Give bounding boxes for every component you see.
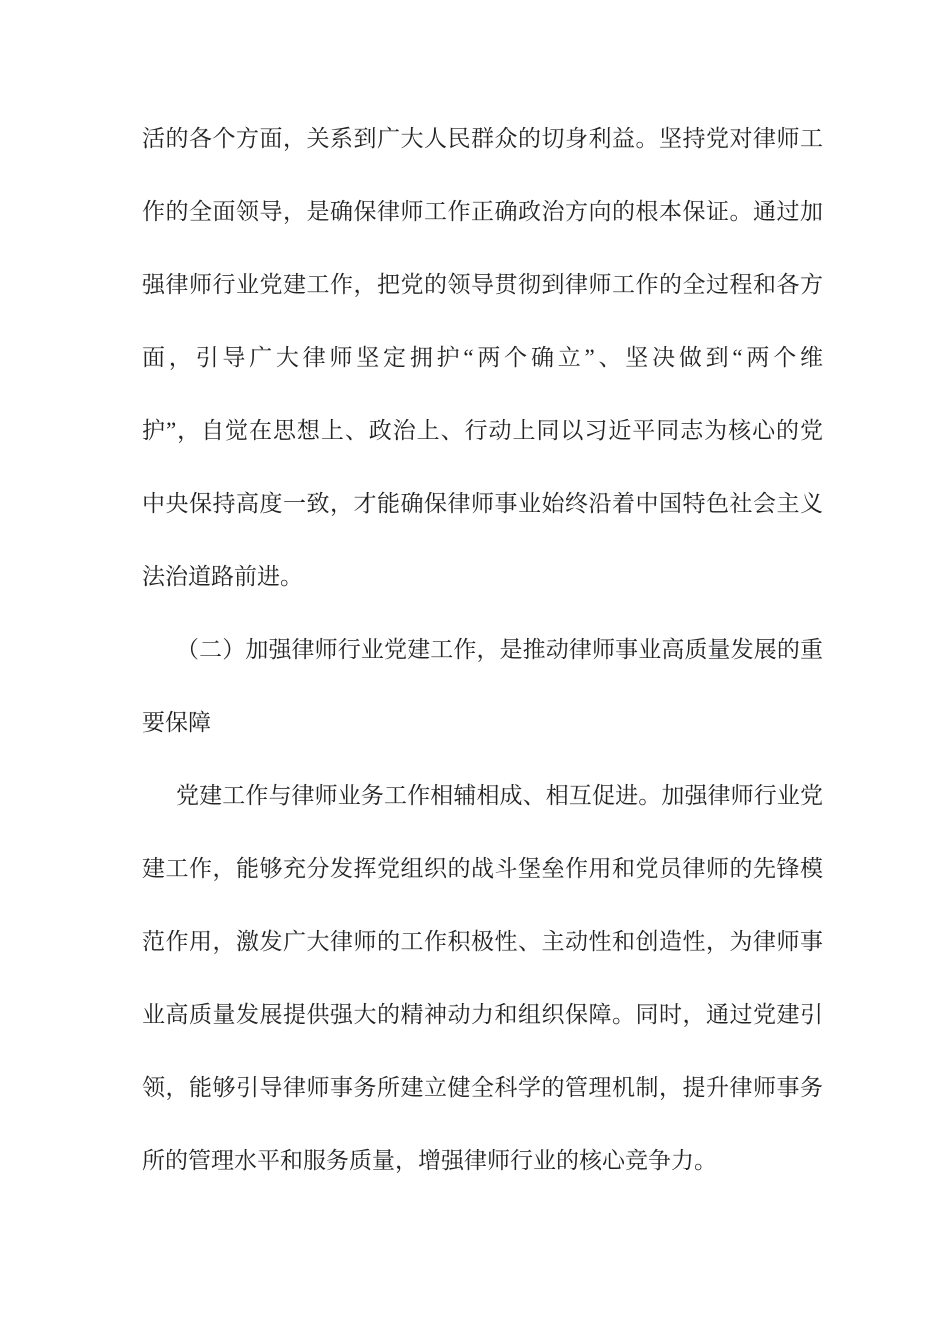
body-line: 护”，自觉在思想上、政治上、行动上同以习近平同志为核心的党 (142, 394, 823, 467)
body-line: 活的各个方面，关系到广大人民群众的切身利益。坚持党对律师工 (142, 102, 823, 175)
body-line: 作的全面领导，是确保律师工作正确政治方向的根本保证。通过加 (142, 175, 823, 248)
document-text-block: 活的各个方面，关系到广大人民群众的切身利益。坚持党对律师工 作的全面领导，是确保… (142, 102, 823, 1197)
body-line: 强律师行业党建工作，把党的领导贯彻到律师工作的全过程和各方 (142, 248, 823, 321)
document-page: 活的各个方面，关系到广大人民群众的切身利益。坚持党对律师工 作的全面领导，是确保… (0, 0, 950, 1344)
body-line: 面，引导广大律师坚定拥护“两个确立”、坚决做到“两个维 (142, 321, 823, 394)
body-line: 中央保持高度一致，才能确保律师事业始终沿着中国特色社会主义 (142, 467, 823, 540)
body-line: 范作用，激发广大律师的工作积极性、主动性和创造性，为律师事 (142, 905, 823, 978)
body-line: 所的管理水平和服务质量，增强律师行业的核心竞争力。 (142, 1124, 823, 1197)
body-line: 法治道路前进。 (142, 540, 823, 613)
body-line: 领，能够引导律师事务所建立健全科学的管理机制，提升律师事务 (142, 1051, 823, 1124)
section-heading-line: 要保障 (142, 686, 823, 759)
body-line: 建工作，能够充分发挥党组织的战斗堡垒作用和党员律师的先锋模 (142, 832, 823, 905)
body-line: 党建工作与律师业务工作相辅相成、相互促进。加强律师行业党 (142, 759, 823, 832)
body-line: 业高质量发展提供强大的精神动力和组织保障。同时，通过党建引 (142, 978, 823, 1051)
section-heading-line: （二）加强律师行业党建工作，是推动律师事业高质量发展的重 (142, 613, 823, 686)
